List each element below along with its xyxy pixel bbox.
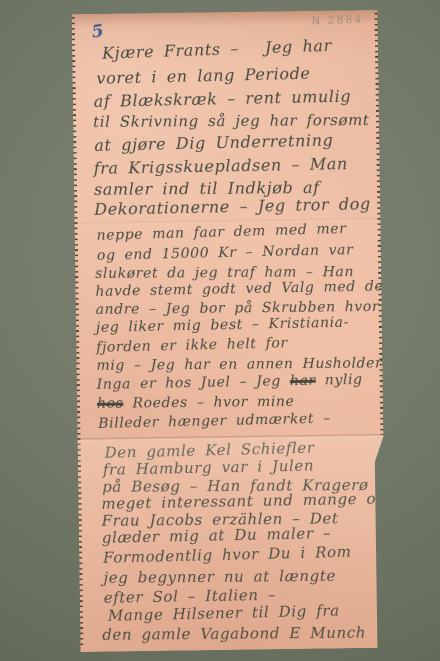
handwritten-line: til Skrivning så jeg har forsømt: [93, 111, 370, 131]
struck-word: har: [290, 373, 316, 389]
handwritten-line: Billeder hænger udmærket –: [98, 411, 331, 432]
letter-lines: Kjære Frants –Jeg harvoret i en lang Per…: [72, 10, 387, 652]
handwritten-line: Mange Hilsener til Dig fra: [108, 601, 340, 624]
handwritten-line: fra Krigsskuepladsen – Man: [94, 154, 348, 178]
handwritten-line: af Blækskræk – rent umulig: [94, 86, 352, 110]
handwritten-line: jeg liker mig best – Kristiania-: [96, 315, 349, 336]
handwritten-line: og end 15000 Kr – Nordan var: [97, 242, 354, 264]
handwritten-line: den gamle Vagabond E Munch: [102, 623, 366, 643]
photo-background: 5 N 2884 Kjære Frants –Jeg harvoret i en…: [0, 0, 440, 661]
handwritten-line: Formodentlig hvor Du i Rom: [103, 543, 352, 567]
handwritten-line: at gjøre Dig Underretning: [94, 130, 333, 154]
handwritten-line: fra Hamburg var i Julen: [103, 456, 315, 478]
handwritten-line: neppe man faar dem med mer: [96, 221, 346, 244]
handwritten-line: fjorden er ikke helt for: [96, 335, 288, 356]
handwritten-line: Inga er hos Juel – Jeg har nylig: [97, 372, 363, 393]
handwritten-line: havde stemt godt ved Valg med de: [95, 278, 383, 300]
handwritten-line: Kjære Frants –Jeg har: [102, 36, 332, 63]
handwritten-line: hos Roedes – hvor mine: [97, 394, 295, 412]
struck-word: hos: [97, 396, 124, 412]
handwritten-line: voret i en lang Periode: [96, 64, 310, 88]
handwritten-line: jeg begynner nu at længte: [103, 567, 336, 587]
letter-paper: 5 N 2884 Kjære Frants –Jeg harvoret i en…: [72, 10, 387, 652]
